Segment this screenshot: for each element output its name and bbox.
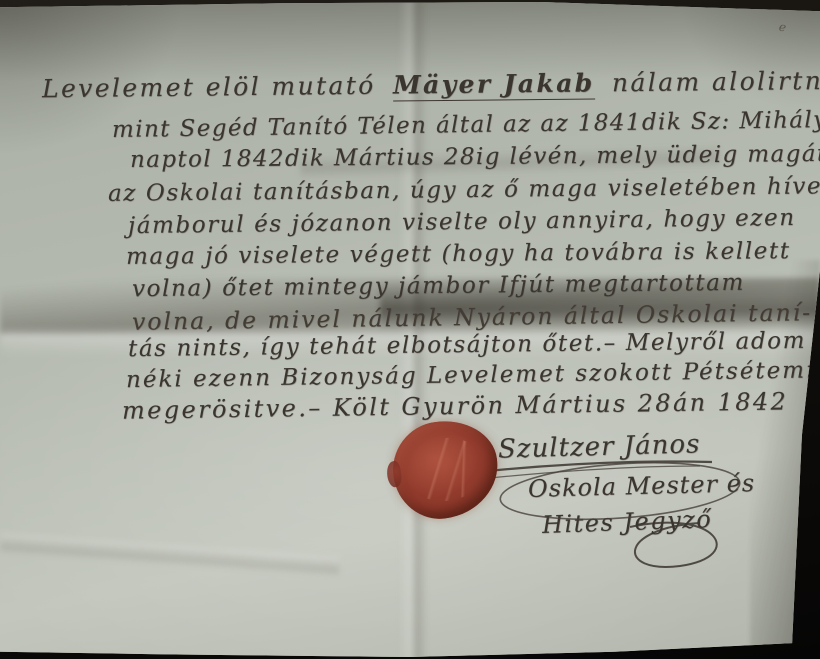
red-wax-seal <box>387 414 504 525</box>
underlined-name: Mäyer Jakab <box>393 68 595 101</box>
signature-name: Szultzer János <box>498 429 701 464</box>
manuscript-line-6: maga jó viselete végett (hogy ha továbra… <box>126 238 791 270</box>
manuscript-line-11: megerösitve.– Költ Gyurön Mártius 28án 1… <box>122 387 789 424</box>
manuscript-line-4: az Oskolai tanításban, úgy az ő maga vis… <box>108 173 820 207</box>
manuscript-line-2: mint Segéd Tanító Télen által az az 1841… <box>112 107 820 143</box>
manuscript-line-5: jámborul és józanon viselte oly annyira,… <box>128 205 796 239</box>
fold-crease-bottom <box>0 533 340 577</box>
manuscript-line-1: Levelemet elöl mutató Mäyer Jakab nálam … <box>42 66 820 103</box>
photograph-of-document: e Levelemet elöl mutató Mäyer Jakab nála… <box>0 0 820 659</box>
line1-prefix: Levelemet elöl mutató <box>42 71 386 104</box>
line1-suffix: nálam alolirtnál <box>612 66 820 98</box>
manuscript-line-7: volna) őtet mintegy jámbor Ifjút megtart… <box>132 270 745 302</box>
document-paper: e Levelemet elöl mutató Mäyer Jakab nála… <box>0 0 820 659</box>
corner-ink-mark: e <box>778 19 787 34</box>
signature-role: Hites Jegyző <box>542 505 713 539</box>
manuscript-line-3: naptol 1842dik Mártius 28ig lévén, mely … <box>130 141 820 173</box>
signature-title: Oskola Mester és <box>528 469 756 503</box>
